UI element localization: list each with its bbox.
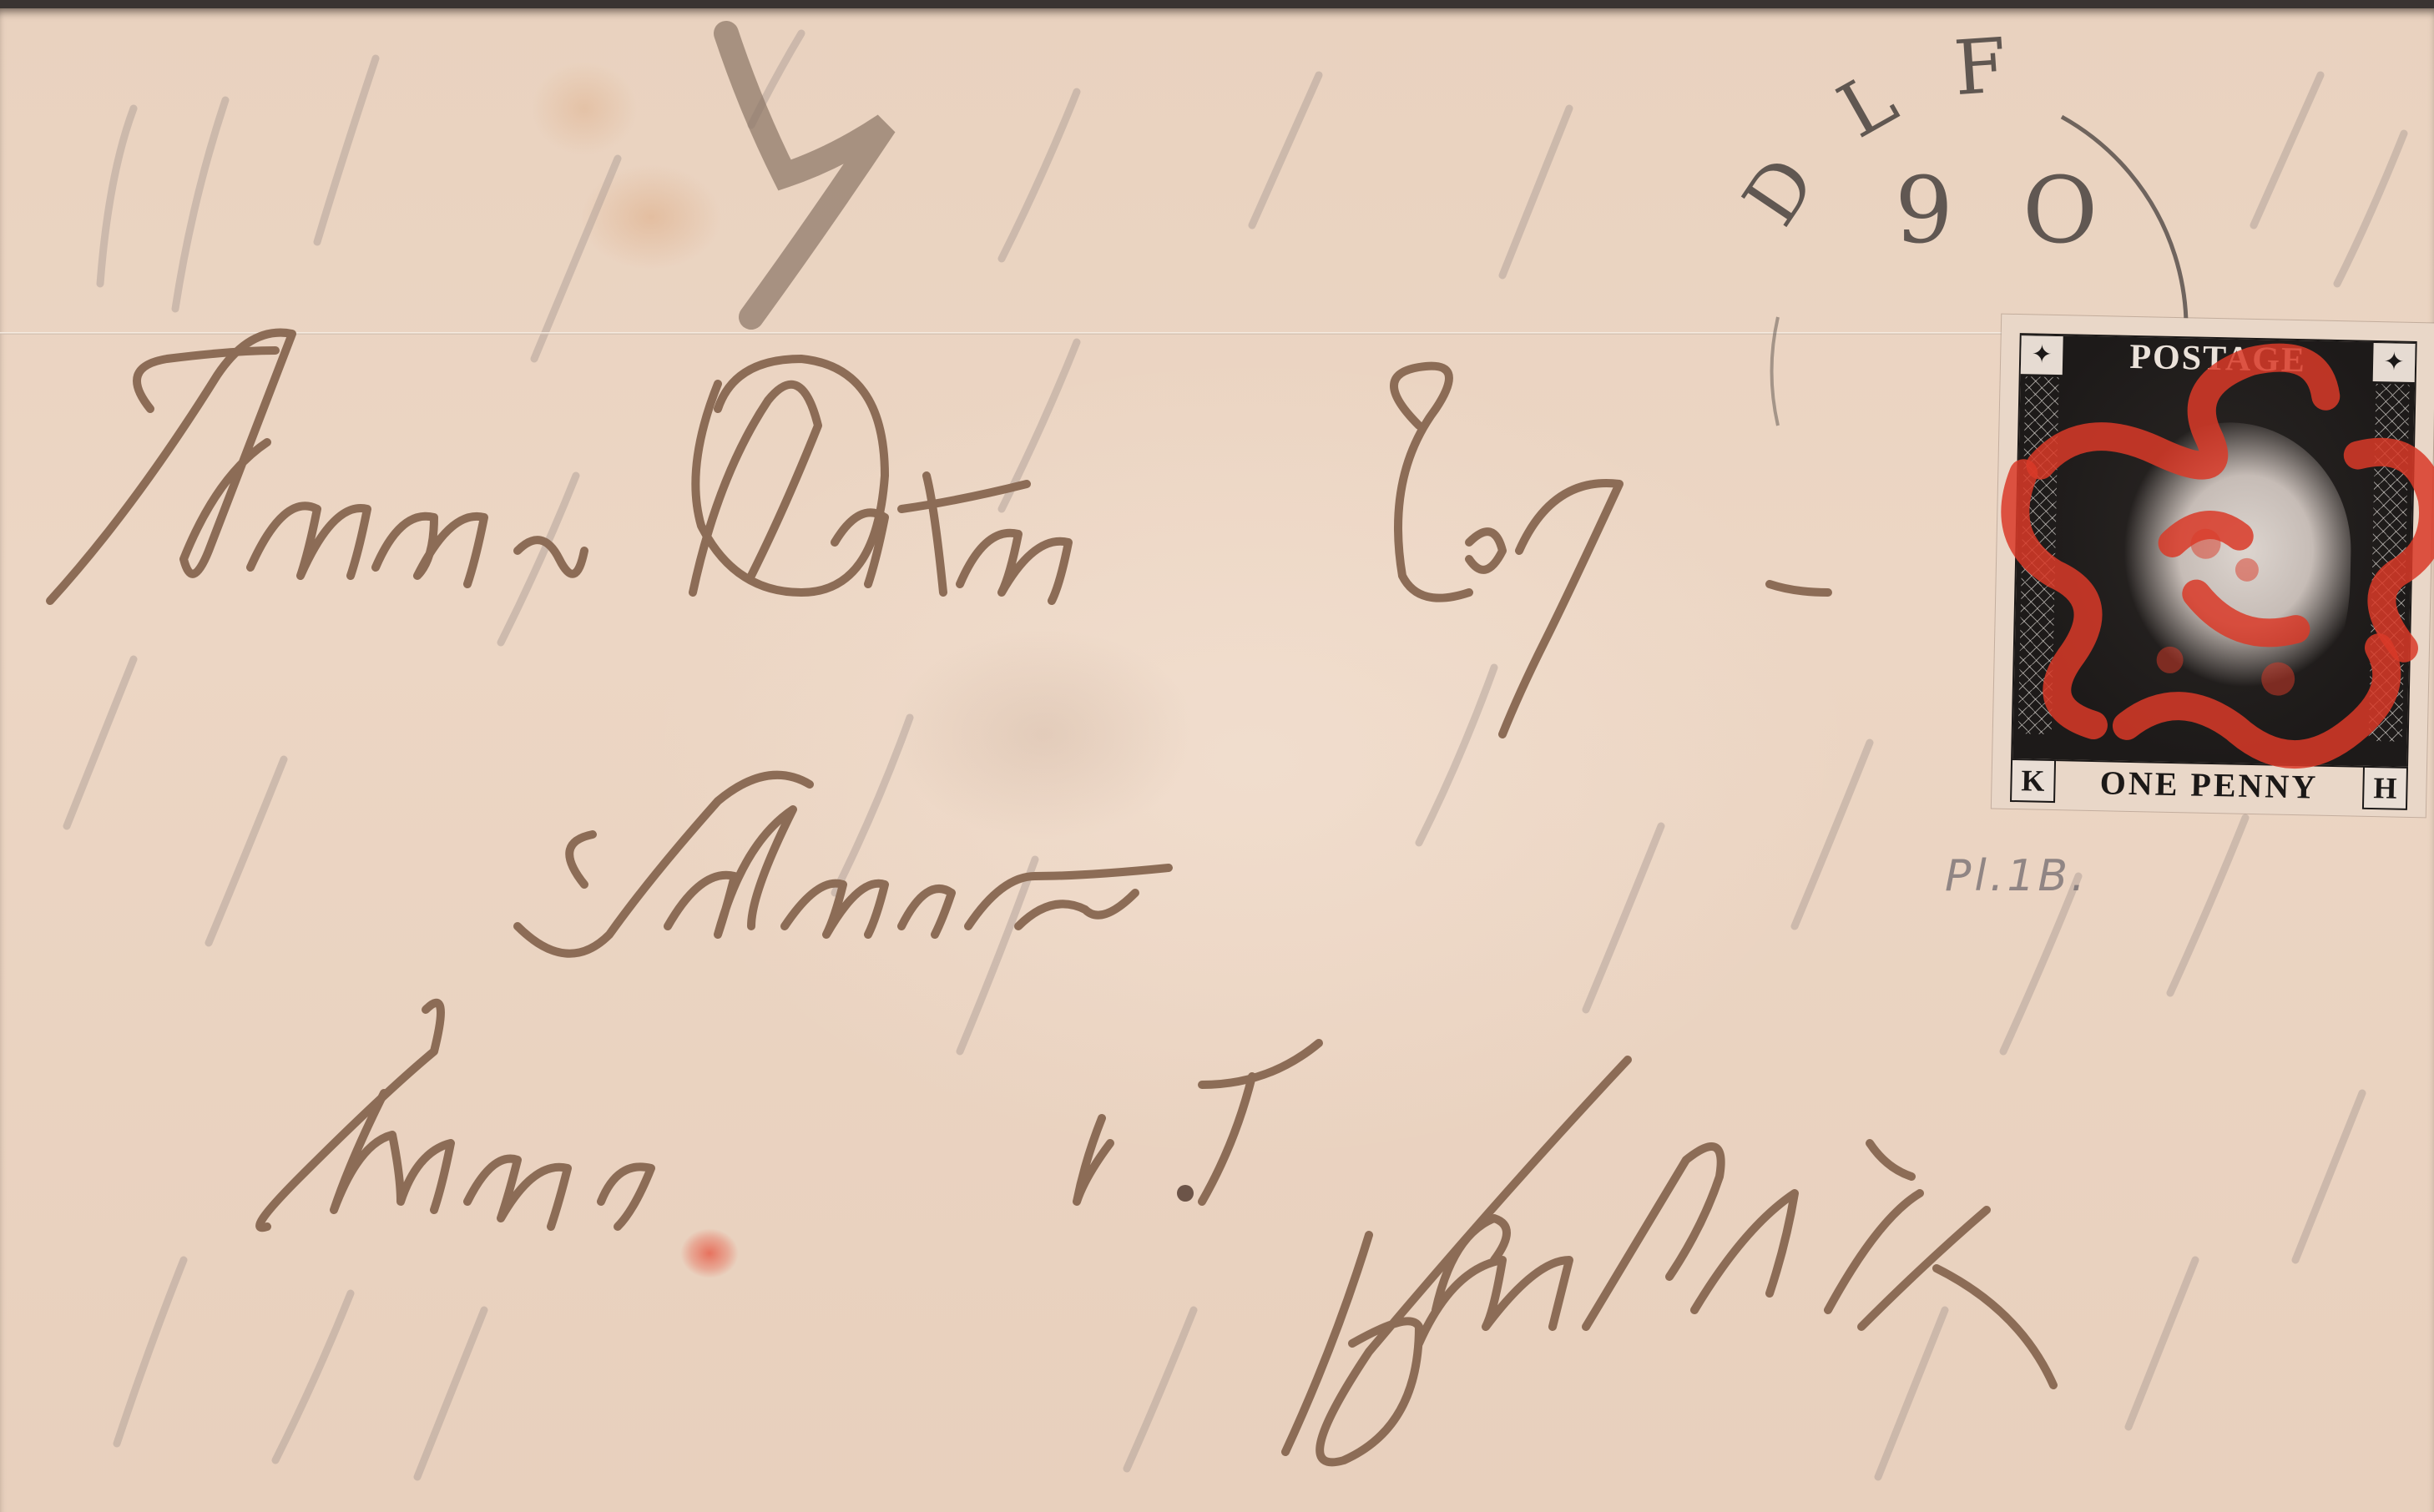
pencil-plate-notation: Pl.1B. bbox=[1945, 851, 2088, 901]
stamp-top-band: ✦ POSTAGE ✦ bbox=[2021, 335, 2416, 383]
address-occupation: Solicitor bbox=[501, 734, 1217, 929]
stamp-postage-label: POSTAGE bbox=[2129, 337, 2307, 381]
address-street: Church St. bbox=[234, 993, 1145, 1187]
letter-cover: Thomas Dalton Esq. Solicitor Church St. … bbox=[0, 8, 2434, 1512]
postmark-date: 9 O bbox=[1895, 157, 2118, 264]
star-icon: ✦ bbox=[2373, 343, 2416, 382]
queen-portrait bbox=[2114, 421, 2354, 709]
red-ink-speck bbox=[680, 1228, 739, 1278]
stamp-engraving: ✦ POSTAGE ✦ bbox=[2011, 333, 2417, 769]
stamp-corner-letter-left: K bbox=[2010, 759, 2056, 803]
stamp-value-label: ONE PENNY bbox=[2055, 762, 2363, 808]
stamp-corner-letter-right: H bbox=[2362, 766, 2408, 810]
stamp-lattice-right bbox=[2369, 384, 2410, 742]
stamp-lattice-left bbox=[2018, 376, 2059, 734]
address-town: Cardiff bbox=[1277, 1152, 1921, 1365]
address-recipient: Thomas Dalton Esq. bbox=[50, 342, 1749, 537]
penny-black-stamp: ✦ POSTAGE ✦ K ONE PENNY H bbox=[1992, 315, 2434, 818]
star-icon: ✦ bbox=[2021, 335, 2063, 375]
stamp-bottom-band: K ONE PENNY H bbox=[2010, 759, 2408, 810]
